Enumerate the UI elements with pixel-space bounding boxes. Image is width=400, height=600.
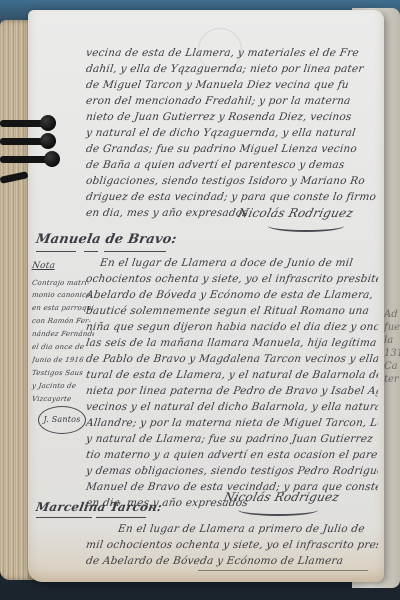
text-line: mil ochocientos ochenta y siete, yo el i… (85, 538, 379, 552)
entry-heading: Manuela de Bravo: (35, 232, 178, 247)
text-line: En el lugar de Llamera a doce de Junio d… (99, 256, 379, 270)
manuscript-page: vecina de esta de Llamera, y materiales … (28, 10, 384, 582)
rubric-flourish (238, 504, 318, 516)
text-line: y natural de Llamera; fue su padrino Jua… (85, 432, 379, 446)
facing-fragment: Ad (384, 308, 400, 321)
heading-underline (36, 517, 92, 518)
binder-clip (0, 114, 64, 190)
facing-fragment: 131 (384, 347, 400, 360)
text-line: tural de esta de Llamera, y el natural d… (85, 368, 379, 382)
facing-fragment: la (384, 334, 400, 347)
parish-seal: J. Santos (38, 406, 86, 434)
heading-underline (84, 251, 98, 252)
text-line: nieto de Juan Gutierrez y Rosenda Diez, … (85, 110, 379, 124)
text-line: En el lugar de Llamera a primero de Juli… (117, 522, 379, 536)
text-line: niña que segun dijeron habia nacido el d… (85, 320, 379, 334)
heading-underline (104, 251, 166, 252)
text-line: ochocientos ochenta y siete, yo el infra… (85, 272, 379, 286)
priest-signature: Nicolás Rodriguez (236, 206, 354, 220)
priest-signature: Nicolás Rodriguez (222, 490, 340, 504)
text-line: las seis de la mañana llamara Manuela, h… (85, 336, 379, 350)
photo-scene: Ad fue la 131 Ca ter vecina de esta de L… (0, 0, 400, 600)
text-line: eron del mencionado Fredahil; y por la m… (85, 94, 379, 108)
clip-knob (40, 115, 56, 131)
text-line: de Pablo de Bravo y Magdalena Tarcon vec… (85, 352, 379, 366)
text-line: driguez de esta vecindad; y para que con… (85, 190, 379, 204)
text-line: obligaciones, siendo testigos Isidoro y … (85, 174, 379, 188)
text-line: bauticé solemnemente segun el Ritual Rom… (85, 304, 379, 318)
text-line: tio materno y a quien advertí en esta oc… (85, 448, 379, 462)
text-line: Abelardo de Bóveda y Ecónomo de esta de … (85, 288, 379, 302)
text-line: dahil, y ella de Yqzaguernda; nieto por … (85, 62, 379, 76)
heading-underline (36, 251, 76, 252)
text-line: de Miguel Tarcon y Manuela Diez vecina q… (85, 78, 379, 92)
margin-note-title: Nota (31, 260, 95, 272)
text-line: nieta por linea paterna de Pedro de Brav… (85, 384, 379, 398)
text-line: Allandre; y por la materna nieta de Migu… (85, 416, 379, 430)
text-line: de Abelardo de Bóveda y Ecónomo de Llame… (85, 554, 379, 568)
rubric-flourish (268, 220, 344, 232)
text-line: vecina de esta de Llamera, y materiales … (85, 46, 379, 60)
text-line: vecinos y el natural del dicho Balarnola… (85, 400, 379, 414)
text-line: de Baña a quien advertí el parentesco y … (85, 158, 379, 172)
closing-flourish (198, 570, 368, 571)
text-line: y natural el de dicho Yqzaguernda, y ell… (85, 126, 379, 140)
clip-arm (0, 171, 28, 184)
facing-fragment: ter (384, 373, 400, 386)
entry-heading: Marcelina Tarcon: (35, 500, 163, 514)
facing-fragment: Ca (384, 360, 400, 373)
clip-knob (40, 133, 56, 149)
heading-underline (96, 517, 146, 518)
text-line: de Grandas; fue su padrino Miguel Lienza… (85, 142, 379, 156)
facing-fragment: fue (384, 321, 400, 334)
clip-knob (44, 151, 60, 167)
